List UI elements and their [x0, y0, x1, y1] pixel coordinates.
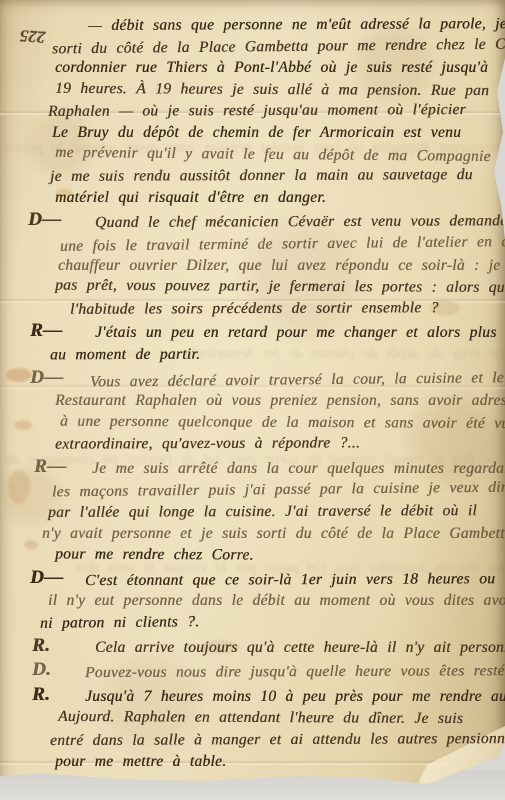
manuscript-line: D—Vous avez déclaré avoir traversé la co…	[0, 369, 505, 391]
manuscript-line: chauffeur ouvrier Dilzer, que lui avez r…	[0, 255, 505, 277]
line-text: Le Bruy du dépôt de chemin de fer Armori…	[52, 122, 461, 144]
manuscript-line: je me suis rendu aussitôt donner la main…	[0, 165, 505, 187]
line-text: extraordinaire, qu'avez-vous à répondre …	[55, 433, 360, 456]
line-text: Quand le chef mécanicien Cévaër est venu…	[95, 210, 505, 234]
manuscript-line: par l'allée qui longe la cuisine. J'ai t…	[0, 501, 505, 523]
manuscript-line: à une personne quelconque de la maison e…	[0, 412, 505, 434]
manuscript-line: R.Cela arrive toujours qu'à cette heure-…	[0, 637, 505, 659]
line-text: entré dans la salle à manger et ai atten…	[50, 728, 505, 752]
line-text: une fois le travail terminé de sortir av…	[60, 230, 505, 257]
manuscript-line: Restaurant Raphalen où vous preniez pens…	[0, 390, 505, 412]
answer-marker: R—	[30, 320, 62, 342]
manuscript-line: matériel qui risquait d'être en danger.	[0, 187, 505, 209]
manuscript-line: D—Quand le chef mécanicien Cévaër est ve…	[0, 211, 505, 233]
line-text: Je me suis arrêté dans la cour quelques …	[92, 458, 505, 480]
manuscript-line: pour me rendre chez Corre.	[0, 544, 505, 566]
manuscript-line: sorti du côté de la Place Gambetta pour …	[0, 36, 505, 58]
line-text: pour me mettre à table.	[55, 751, 226, 773]
line-text: pas prêt, vous pouvez partir, je fermera…	[55, 275, 505, 299]
line-text: Restaurant Raphalen où vous preniez pens…	[55, 390, 505, 412]
manuscript-line: R.Jusqu'à 7 heures moins 10 à peu près p…	[0, 686, 505, 708]
line-text: n'y avait personne et je suis sorti du c…	[42, 523, 505, 545]
line-text: J'étais un peu en retard pour me changer…	[95, 322, 497, 344]
manuscript-line: Raphalen — où je suis resté jusqu'au mom…	[0, 100, 505, 122]
line-text: l'habitude les soirs précédents de sorti…	[70, 297, 439, 320]
line-text: Raphalen — où je suis resté jusqu'au mom…	[48, 99, 466, 122]
manuscript-line: Le Bruy du dépôt de chemin de fer Armori…	[0, 122, 505, 144]
line-text: matériel qui risquait d'être en danger.	[55, 187, 326, 209]
manuscript-line: — débit sans que personne ne m'eût adres…	[0, 14, 505, 36]
manuscript-line: extraordinaire, qu'avez-vous à répondre …	[0, 433, 505, 455]
answer-marker: R.	[32, 684, 50, 706]
answer-marker: R—	[34, 456, 66, 478]
manuscript-line: au moment de partir.	[0, 344, 505, 366]
manuscript-line: D.Pouvez-vous nous dire jusqu'à quelle h…	[0, 661, 505, 683]
manuscript-line: D—C'est étonnant que ce soir-là 1er juin…	[0, 569, 505, 591]
line-text: 19 heures. À 19 heures je suis allé à ma…	[55, 78, 489, 102]
manuscript-line: pour me mettre à table.	[0, 751, 505, 773]
line-text: C'est étonnant que ce soir-là 1er juin v…	[85, 568, 505, 592]
line-text: — débit sans que personne ne m'eût adres…	[88, 13, 505, 37]
manuscript-line: 19 heures. À 19 heures je suis allé à ma…	[0, 79, 505, 101]
line-text: cordonnier rue Thiers à Pont-l'Abbé où j…	[55, 57, 488, 79]
manuscript-line: R—Je me suis arrêté dans la cour quelque…	[0, 458, 505, 480]
line-text: pour me rendre chez Corre.	[55, 544, 254, 567]
manuscript-line: ni patron ni clients ?.	[0, 612, 505, 634]
question-marker: D.	[32, 659, 51, 681]
manuscript-line: une fois le travail terminé de sortir av…	[0, 233, 505, 255]
line-text: chauffeur ouvrier Dilzer, que lui avez r…	[58, 255, 505, 277]
line-text: ni patron ni clients ?.	[40, 611, 200, 634]
line-text: par l'allée qui longe la cuisine. J'ai t…	[48, 500, 477, 523]
line-text: à une personne quelconque de la maison e…	[60, 410, 505, 434]
manuscript-line: entré dans la salle à manger et ai atten…	[0, 729, 505, 751]
line-text: Pouvez-vous nous dire jusqu'à quelle heu…	[85, 660, 505, 684]
manuscript-photo: { "page_number": "225", "colors": { "pap…	[0, 0, 505, 800]
line-text: au moment de partir.	[50, 344, 200, 366]
manuscript-line: l'habitude les soirs précédents de sorti…	[0, 298, 505, 320]
manuscript-text: — débit sans que personne ne m'eût adres…	[0, 14, 505, 772]
line-text: sorti du côté de la Place Gambetta pour …	[52, 33, 505, 59]
manuscript-line: Aujourd. Raphalen en attendant l'heure d…	[0, 707, 505, 729]
manuscript-line: me prévenir qu'il y avait le feu au dépô…	[0, 144, 505, 166]
line-text: Vous avez déclaré avoir traversé la cour…	[90, 366, 505, 393]
line-text: Aujourd. Raphalen en attendant l'heure d…	[58, 706, 463, 730]
manuscript-line: pas prêt, vous pouvez partir, je fermera…	[0, 276, 505, 298]
line-text: je me suis rendu aussitôt donner la main…	[50, 164, 473, 187]
manuscript-line: n'y avait personne et je suis sorti du c…	[0, 523, 505, 545]
line-text: Cela arrive toujours qu'à cette heure-là…	[95, 637, 505, 659]
question-marker: D—	[28, 209, 61, 231]
paper-sheet: Restaurant Raphalen où vous preniez pens…	[0, 0, 505, 800]
question-marker: D—	[30, 567, 63, 589]
question-marker: D—	[30, 367, 63, 389]
manuscript-line: les maçons travailler puis j'ai passé pa…	[0, 479, 505, 501]
answer-marker: R.	[32, 635, 50, 657]
line-text: Jusqu'à 7 heures moins 10 à peu près pou…	[85, 686, 505, 708]
manuscript-line: R—J'étais un peu en retard pour me chang…	[0, 322, 505, 344]
line-text: il n'y eut personne dans le débit au mom…	[48, 590, 505, 612]
manuscript-line: cordonnier rue Thiers à Pont-l'Abbé où j…	[0, 57, 505, 79]
manuscript-line: il n'y eut personne dans le débit au mom…	[0, 590, 505, 612]
